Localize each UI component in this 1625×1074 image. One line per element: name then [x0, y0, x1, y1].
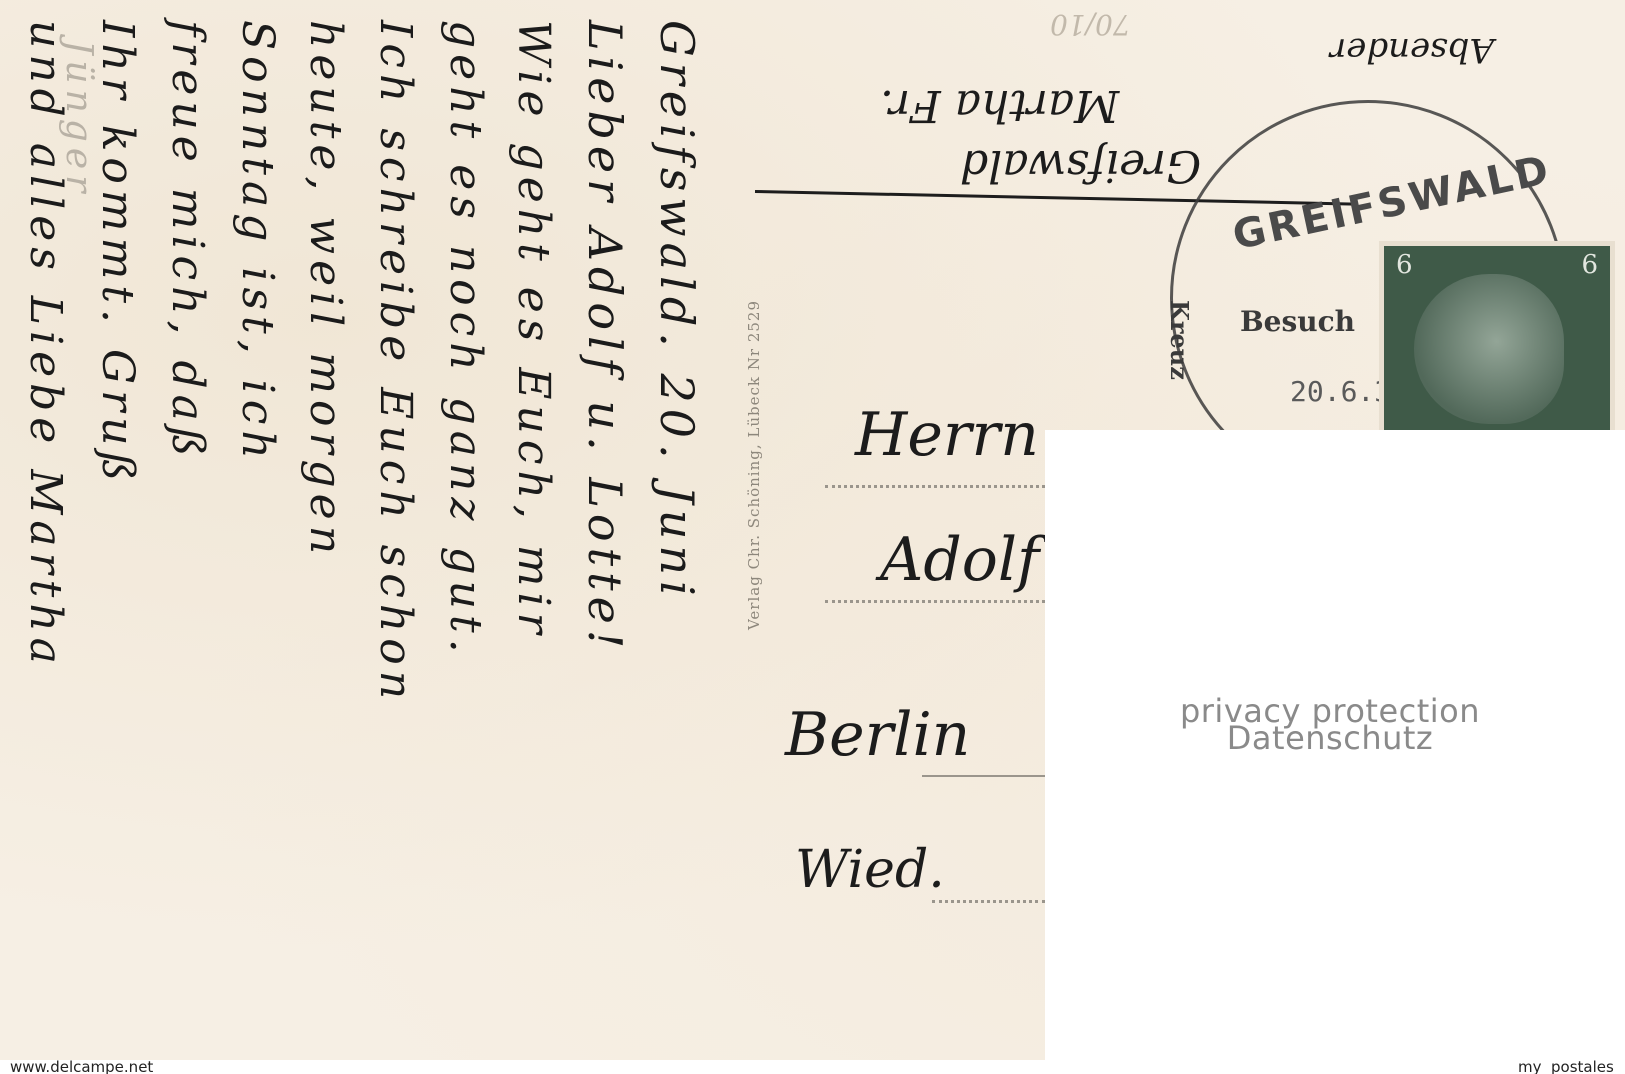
address-line-2: Adolf [880, 525, 1039, 595]
sender-line: Greifswald [960, 140, 1201, 191]
stamp-value-left: 6 [1396, 250, 1413, 280]
sender-line: Martha Fr. [880, 80, 1119, 131]
address-line-3: Berlin [785, 700, 970, 770]
postmark-side-text: Kreuz [1165, 300, 1194, 380]
footer-left-watermark: www.delcampe.net [10, 1058, 153, 1074]
message-column: Wie geht es Euch, mir [508, 20, 559, 640]
privacy-text: privacy protection Datenschutz [1160, 698, 1500, 752]
message-column: geht es noch ganz gut. [440, 20, 491, 659]
message-column: Ich schreibe Euch schon [370, 20, 421, 705]
pencil-note: Jünger [58, 40, 99, 198]
message-column: Ihr kommt. Gruß [92, 20, 143, 487]
postcard: Greifswald. 20. Juni Lieber Adolf u. Lot… [0, 0, 1625, 1060]
message-column: Lieber Adolf u. Lotte! [578, 20, 632, 654]
message-column: freue mich, daß [162, 20, 213, 462]
message-column: Greifswald. 20. Juni [650, 20, 704, 602]
postage-stamp: 6 6 [1384, 246, 1610, 432]
address-line-4: Wied. [795, 840, 945, 900]
sender-line: Absender [1330, 30, 1494, 70]
footer-right-watermark: my postales [1518, 1058, 1614, 1074]
pencil-top-note: 70/10 [1050, 8, 1131, 41]
message-column: heute, weil morgen [300, 20, 351, 560]
address-dotted-line [825, 485, 1045, 488]
postmark-slogan: Besuch [1240, 305, 1355, 338]
address-dotted-line [932, 900, 1045, 903]
portrait-icon [1414, 274, 1564, 424]
address-line-1: Herrn [855, 400, 1039, 470]
stamp-value-right: 6 [1581, 250, 1598, 280]
address-dotted-line [825, 600, 1045, 603]
message-column: Sonntag ist, ich [232, 20, 283, 465]
address-dotted-line [922, 775, 1045, 777]
publisher-imprint: Verlag Chr. Schöning, Lübeck Nr 2529 [745, 300, 763, 630]
